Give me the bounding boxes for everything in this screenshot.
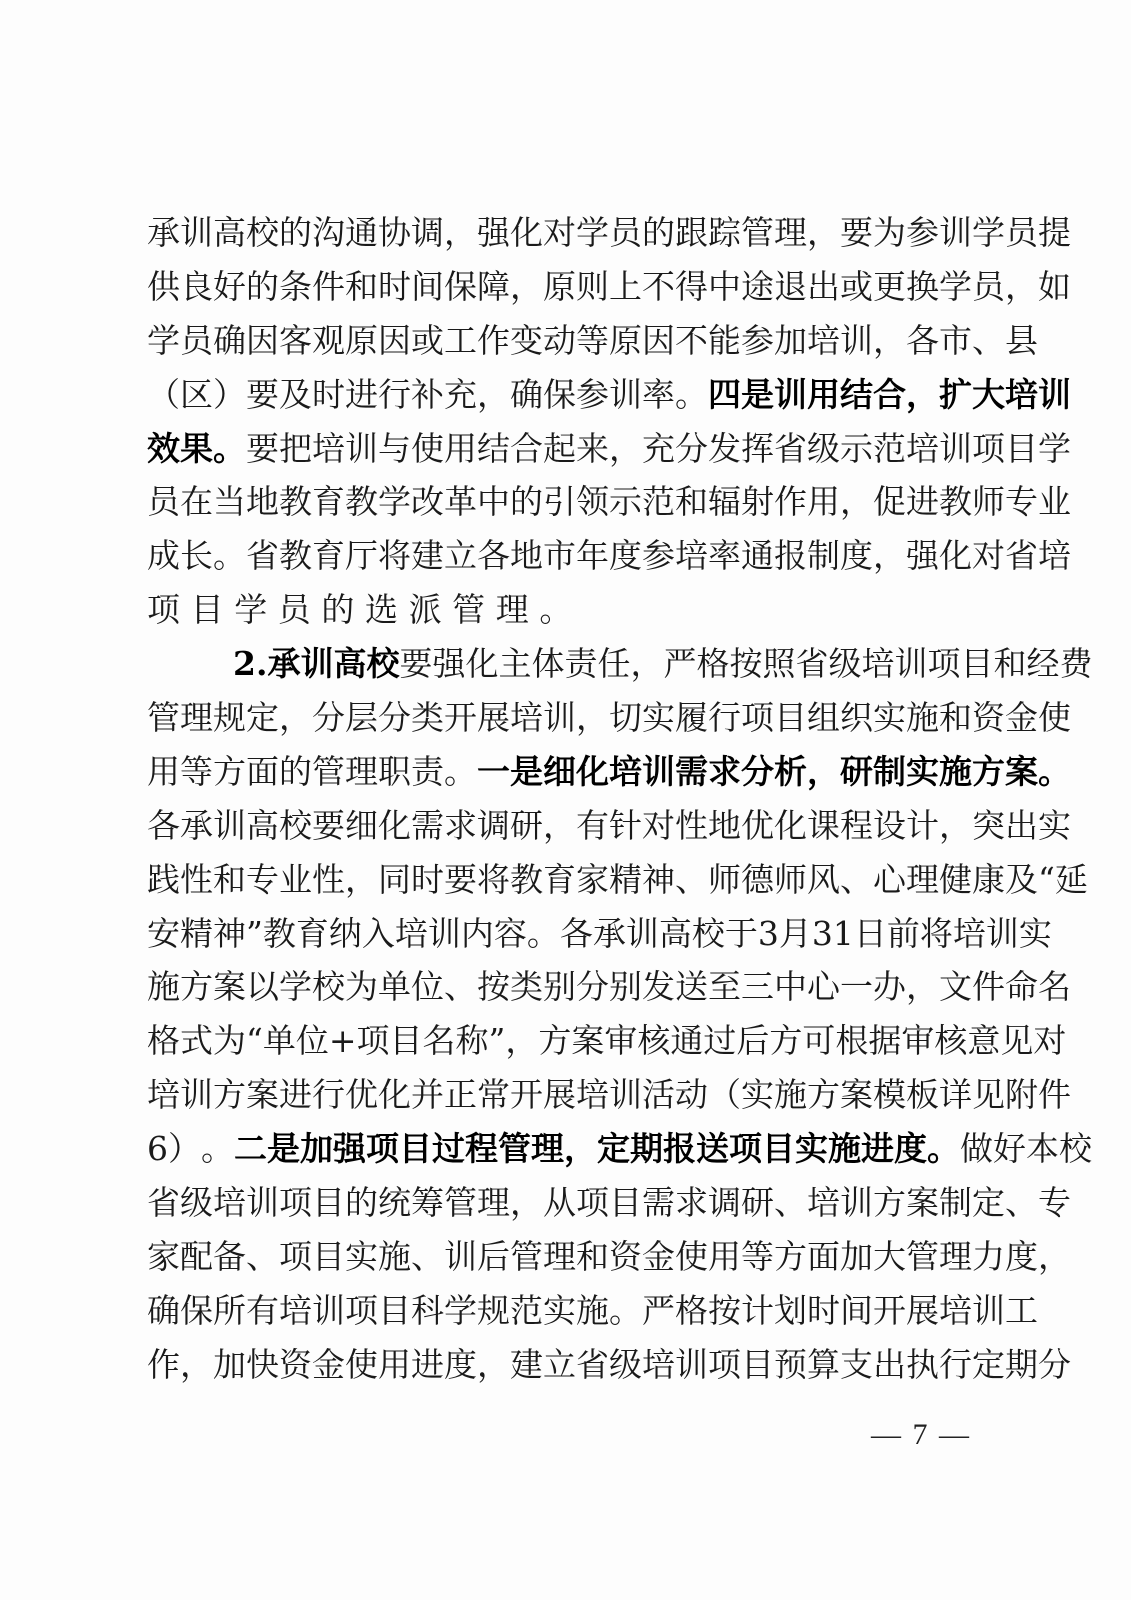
text-line: 省级培训项目的统筹管理，从项目需求调研、培训方案制定、专 <box>147 1176 977 1230</box>
text-line: 作，加快资金使用进度，建立省级培训项目预算支出执行定期分 <box>147 1338 977 1392</box>
body-text: 承训高校的沟通协调，强化对学员的跟踪管理，要为参训学员提供良好的条件和时间保障，… <box>147 206 977 1392</box>
text-line: 管理规定，分层分类开展培训，切实履行项目组织实施和资金使 <box>147 691 977 745</box>
page-number: — 7 — <box>866 1418 976 1452</box>
text-line: 格式为“单位+项目名称”，方案审核通过后方可根据审核意见对 <box>147 1014 977 1068</box>
text-line: 承训高校的沟通协调，强化对学员的跟踪管理，要为参训学员提 <box>147 206 977 260</box>
text-line: 安精神”教育纳入培训内容。各承训高校于3月31日前将培训实 <box>147 907 977 961</box>
text-line: 效果。要把培训与使用结合起来，充分发挥省级示范培训项目学 <box>147 422 977 476</box>
text-line: 6）。二是加强项目过程管理，定期报送项目实施进度。做好本校 <box>147 1122 977 1176</box>
text-line: （区）要及时进行补充，确保参训率。四是训用结合，扩大培训 <box>147 368 977 422</box>
text-line: 践性和专业性，同时要将教育家精神、师德师风、心理健康及“延 <box>147 853 977 907</box>
document-page: 承训高校的沟通协调，强化对学员的跟踪管理，要为参训学员提供良好的条件和时间保障，… <box>0 0 1131 1600</box>
text-line: 施方案以学校为单位、按类别分别发送至三中心一办，文件命名 <box>147 960 977 1014</box>
text-line: 员在当地教育教学改革中的引领示范和辐射作用，促进教师专业 <box>147 475 977 529</box>
text-line: 成长。省教育厅将建立各地市年度参培率通报制度，强化对省培 <box>147 529 977 583</box>
text-line: 2.承训高校要强化主体责任，严格按照省级培训项目和经费 <box>147 637 977 691</box>
text-line: 家配备、项目实施、训后管理和资金使用等方面加大管理力度， <box>147 1230 977 1284</box>
text-line: 学员确因客观原因或工作变动等原因不能参加培训，各市、县 <box>147 314 977 368</box>
text-line: 培训方案进行优化并正常开展培训活动（实施方案模板详见附件 <box>147 1068 977 1122</box>
text-line: 各承训高校要细化需求调研，有针对性地优化课程设计，突出实 <box>147 799 977 853</box>
text-line: 项目学员的选派管理。 <box>147 583 977 637</box>
text-line: 供良好的条件和时间保障，原则上不得中途退出或更换学员，如 <box>147 260 977 314</box>
text-line: 用等方面的管理职责。一是细化培训需求分析，研制实施方案。 <box>147 745 977 799</box>
text-line: 确保所有培训项目科学规范实施。严格按计划时间开展培训工 <box>147 1284 977 1338</box>
